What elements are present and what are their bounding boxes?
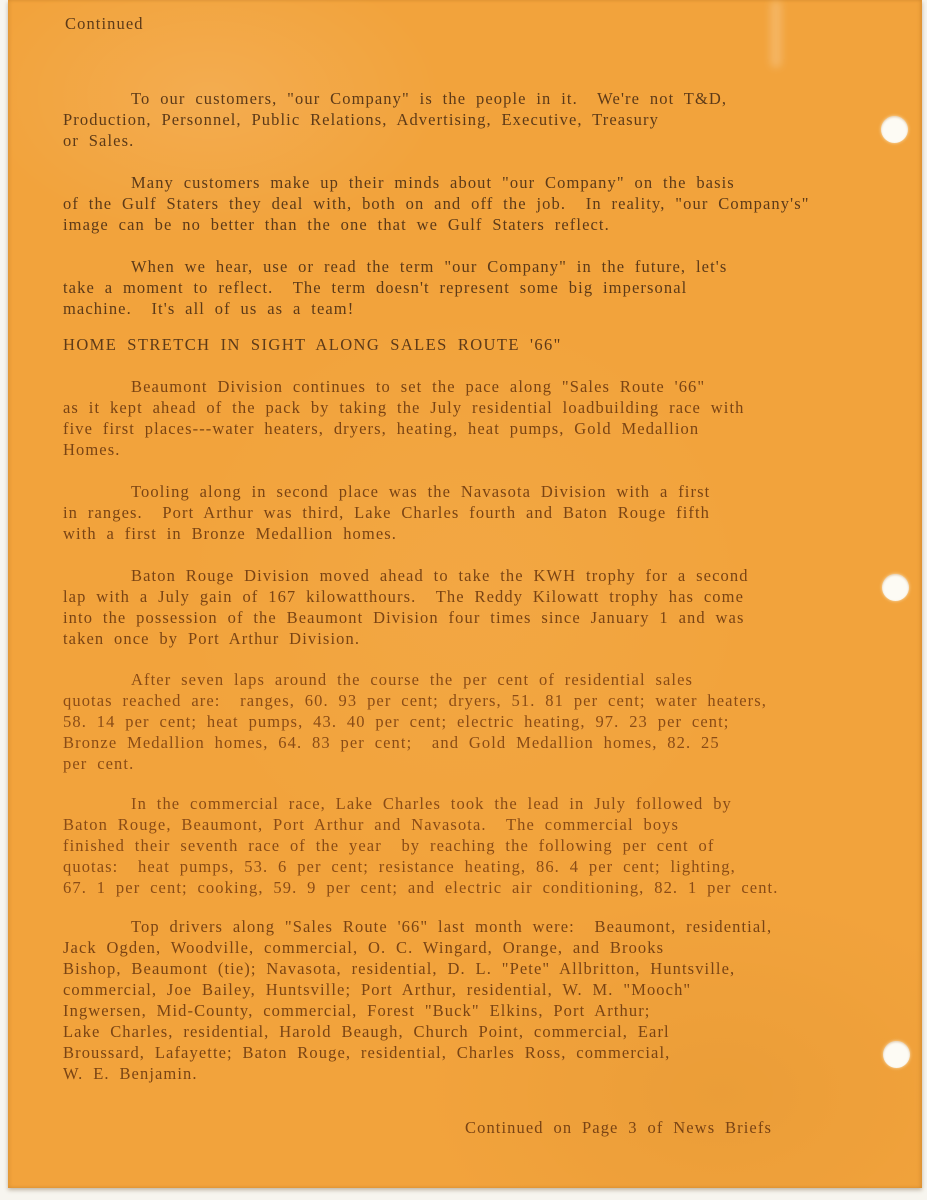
text-line: in ranges. Port Arthur was third, Lake C… [63,502,893,523]
text-line: or Sales. [63,130,893,151]
paragraph: Many customers make up their minds about… [63,172,893,235]
paragraph: Top drivers along "Sales Route '66" last… [63,916,893,1084]
paragraph: After seven laps around the course the p… [63,669,893,774]
text-line: Bronze Medallion homes, 64. 83 per cent;… [63,732,893,753]
punch-hole [881,116,908,143]
scanned-page: Continued To our customers, "our Company… [8,0,922,1188]
text-line: Many customers make up their minds about… [63,172,893,193]
text-line: W. E. Benjamin. [63,1063,893,1084]
text-line: quotas reached are: ranges, 60. 93 per c… [63,690,893,711]
text-line: Production, Personnel, Public Relations,… [63,109,893,130]
text-line: Baton Rouge, Beaumont, Port Arthur and N… [63,814,893,835]
continued-footer-label: Continued on Page 3 of News Briefs [63,1117,893,1138]
text-line: into the possession of the Beaumont Divi… [63,607,893,628]
text-line: Top drivers along "Sales Route '66" last… [63,916,893,937]
text-line: as it kept ahead of the pack by taking t… [63,397,893,418]
punch-hole [883,1041,910,1068]
paragraph: Beaumont Division continues to set the p… [63,376,893,460]
text-line: In the commercial race, Lake Charles too… [63,793,893,814]
text-line: Bishop, Beaumont (tie); Navasota, reside… [63,958,893,979]
text-line: Baton Rouge Division moved ahead to take… [63,565,893,586]
section-heading: HOME STRETCH IN SIGHT ALONG SALES ROUTE … [63,334,893,355]
text-line: Jack Ogden, Woodville, commercial, O. C.… [63,937,893,958]
text-line: per cent. [63,753,893,774]
punch-hole [882,574,909,601]
paragraph: When we hear, use or read the term "our … [63,256,893,319]
text-line: 67. 1 per cent; cooking, 59. 9 per cent;… [63,877,893,898]
paragraph: Baton Rouge Division moved ahead to take… [63,565,893,649]
text-line: lap with a July gain of 167 kilowatthour… [63,586,893,607]
text-line: Tooling along in second place was the Na… [63,481,893,502]
text-line: Broussard, Lafayette; Baton Rouge, resid… [63,1042,893,1063]
paragraph: Tooling along in second place was the Na… [63,481,893,544]
text-line: Homes. [63,439,893,460]
text-line: commercial, Joe Bailey, Huntsville; Port… [63,979,893,1000]
text-line: After seven laps around the course the p… [63,669,893,690]
text-line: To our customers, "our Company" is the p… [63,88,893,109]
text-line: Ingwersen, Mid-County, commercial, Fores… [63,1000,893,1021]
text-line: machine. It's all of us as a team! [63,298,893,319]
text-line: When we hear, use or read the term "our … [63,256,893,277]
text-line: taken once by Port Arthur Division. [63,628,893,649]
paragraph: To our customers, "our Company" is the p… [63,88,893,151]
text-line: with a first in Bronze Medallion homes. [63,523,893,544]
text-line: quotas: heat pumps, 53. 6 per cent; resi… [63,856,893,877]
text-line: five first places---water heaters, dryer… [63,418,893,439]
continued-header-label: Continued [65,13,893,34]
text-line: of the Gulf Staters they deal with, both… [63,193,893,214]
text-line: image can be no better than the one that… [63,214,893,235]
text-line: Beaumont Division continues to set the p… [63,376,893,397]
text-line: 58. 14 per cent; heat pumps, 43. 40 per … [63,711,893,732]
text-line: finished their seventh race of the year … [63,835,893,856]
document-body: Continued To our customers, "our Company… [63,0,893,1138]
paragraph: In the commercial race, Lake Charles too… [63,793,893,898]
text-line: take a moment to reflect. The term doesn… [63,277,893,298]
text-line: Lake Charles, residential, Harold Beaugh… [63,1021,893,1042]
